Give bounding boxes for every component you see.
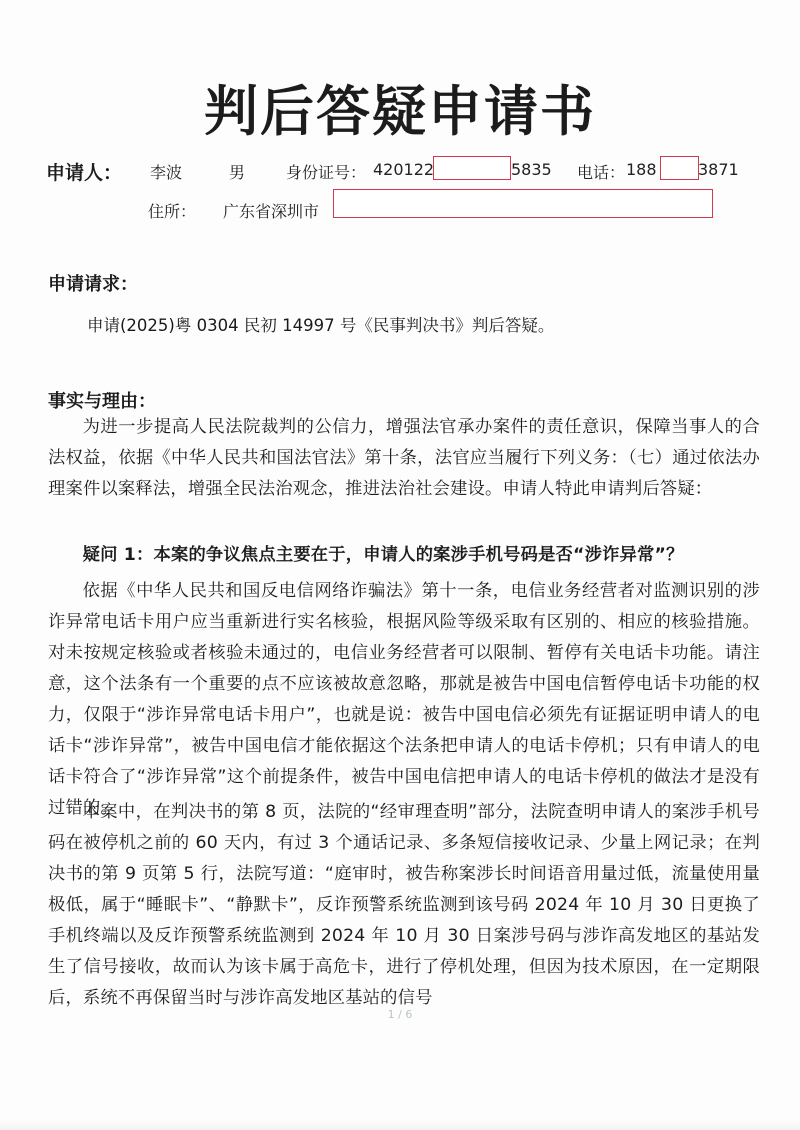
facts-heading: 事实与理由：	[48, 387, 156, 413]
applicant-label: 申请人：	[46, 158, 122, 185]
page-bottom-edge	[0, 1120, 800, 1130]
request-text: 申请(2025)粤 0304 民初 14997 号《民事判决书》判后答疑。	[87, 312, 554, 336]
request-heading: 申请请求：	[48, 270, 138, 296]
document-title: 判后答疑申请书	[0, 80, 800, 144]
applicant-gender: 男	[229, 160, 245, 183]
facts-paragraph-intro: 为进一步提高人民法院裁判的公信力，增强法官承办案件的责任意识，保障当事人的合法权…	[48, 412, 760, 505]
page-number: 1 / 6	[0, 1008, 800, 1021]
facts-paragraph-law: 依据《中华人民共和国反电信网络诈骗法》第十一条，电信业务经营者对监测识别的涉诈异…	[48, 576, 760, 824]
phone-prefix: 188	[626, 160, 657, 179]
doubt-1-question: 疑问 1：本案的争议焦点主要在于，申请人的案涉手机号码是否“涉诈异常”？	[48, 540, 760, 571]
phone-suffix: 3871	[698, 160, 739, 179]
address-visible: 广东省深圳市	[223, 199, 319, 222]
phone-redaction-box	[660, 156, 699, 180]
phone-label: 电话：	[577, 160, 625, 183]
id-label: 身份证号：	[286, 160, 366, 183]
id-prefix: 420122	[373, 160, 434, 179]
id-redaction-box	[433, 156, 511, 180]
facts-paragraph-case: 本案中，在判决书的第 8 页，法院的“经审理查明”部分，法院查明申请人的案涉手机…	[48, 797, 760, 1014]
applicant-name: 李波	[150, 160, 182, 183]
address-label: 住所：	[148, 199, 196, 222]
id-suffix: 5835	[511, 160, 552, 179]
address-redaction-box	[333, 189, 713, 218]
document-page: 判后答疑申请书 申请人： 李波 男 身份证号： 420122 5835 电话： …	[0, 0, 800, 1130]
